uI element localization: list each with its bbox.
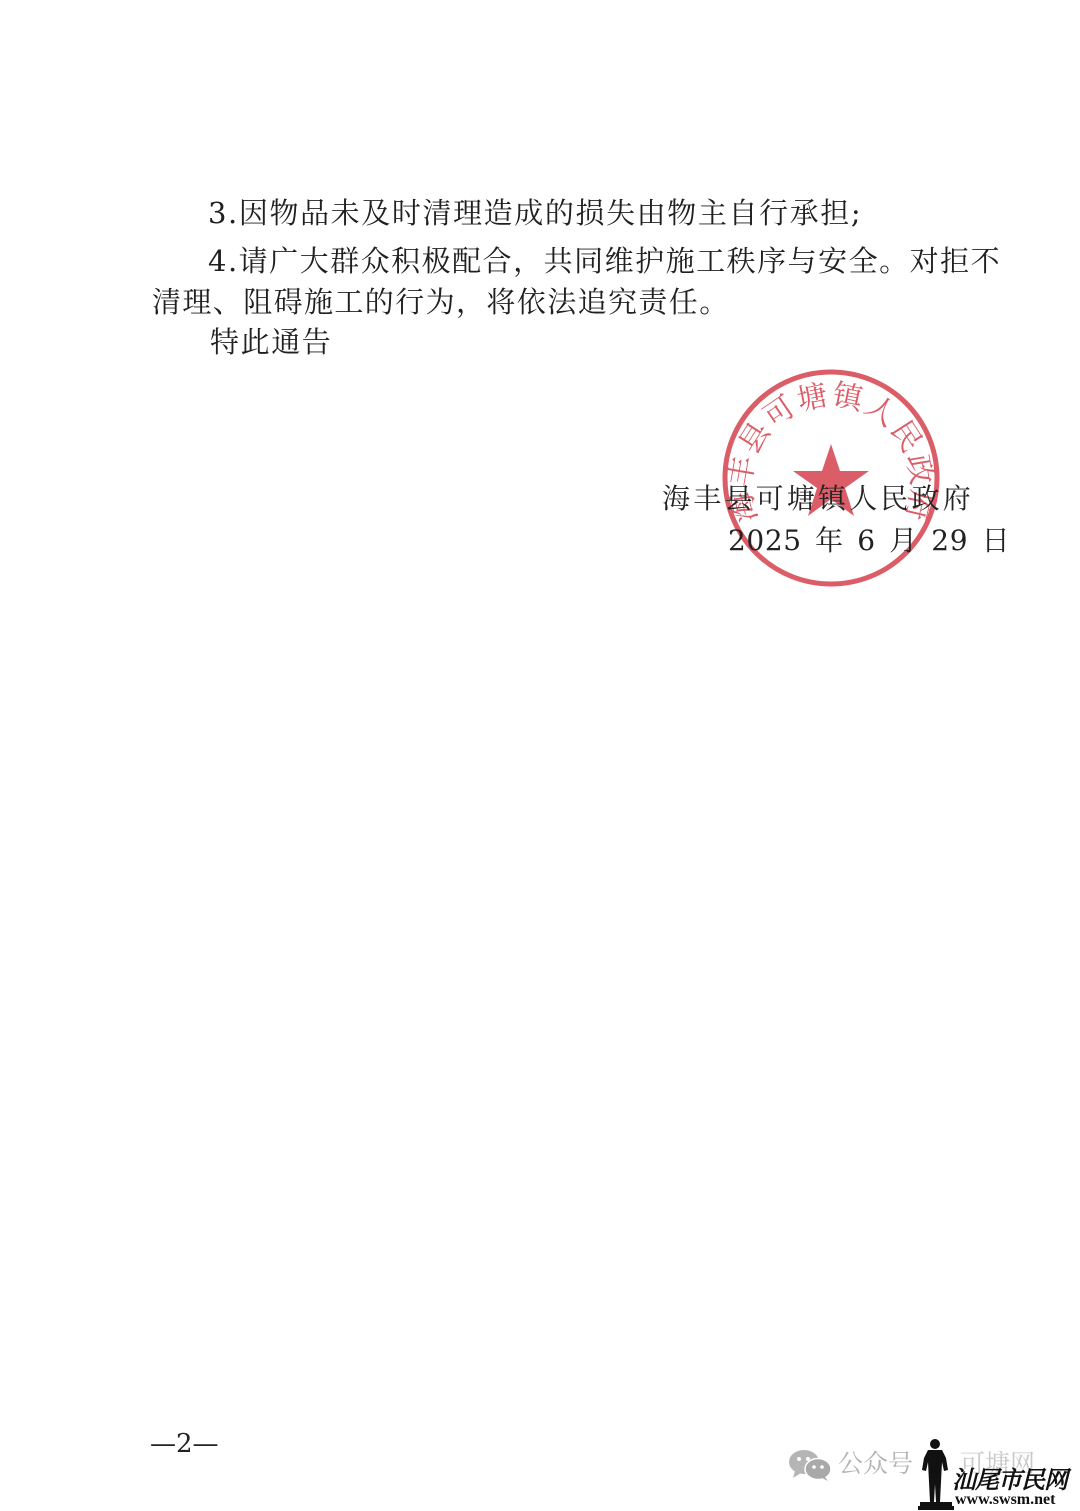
site-url: www.swsm.net bbox=[955, 1491, 1055, 1509]
watermark-label: 公众号 bbox=[838, 1447, 913, 1481]
statue-silhouette-icon bbox=[918, 1438, 954, 1510]
body-line-item-3: 3.因物品未及时清理造成的损失由物主自行承担; bbox=[208, 196, 862, 230]
body-line-item-4: 4.请广大群众积极配合，共同维护施工秩序与安全。对拒不 bbox=[208, 244, 1001, 278]
wechat-icon bbox=[787, 1449, 833, 1481]
site-logo-name: 汕尾市民网 bbox=[952, 1466, 1067, 1494]
page-number: —2— bbox=[150, 1428, 219, 1460]
body-line-item-4-continued: 清理、阻碍施工的行为，将依法追究责任。 bbox=[152, 285, 730, 319]
issue-date: 2025 年 6 月 29 日 bbox=[728, 524, 1010, 558]
issuing-organization: 海丰县可塘镇人民政府 bbox=[662, 482, 974, 516]
closing-phrase: 特此通告 bbox=[210, 325, 332, 359]
